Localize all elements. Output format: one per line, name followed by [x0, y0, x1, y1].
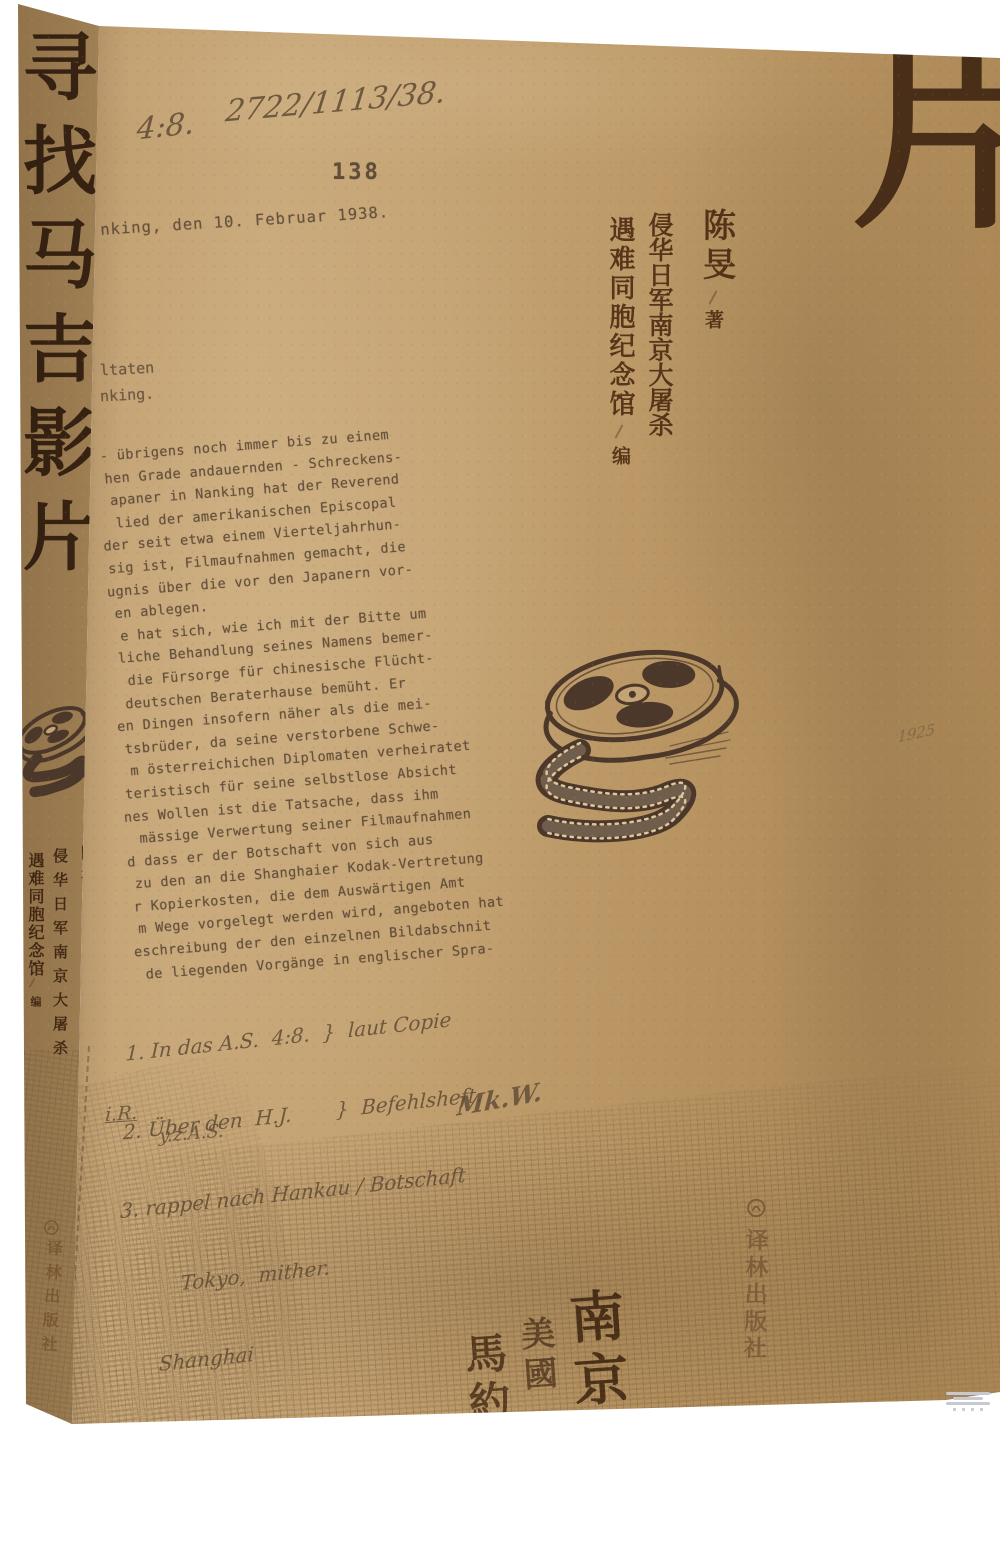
spine-editor-line1: 侵华日军南京大屠杀	[50, 848, 71, 1064]
book-cover-photo: 寻找马吉影片 陈旻 著 侵华日军南京大屠杀 遇难同胞纪念馆 编	[0, 0, 1000, 1430]
letter-fragment: ltaten	[100, 359, 155, 380]
film-reel-illustration	[520, 628, 745, 843]
spine-title: 寻找马吉影片	[16, 28, 92, 592]
annotation-initials: i.R.	[104, 1102, 138, 1126]
watermark-bar	[946, 1402, 990, 1405]
spine-publisher-name: 译林出版社	[36, 1239, 65, 1360]
publisher-logo-icon	[43, 1219, 60, 1236]
page-number-stamp: 138	[332, 160, 381, 185]
handwritten-annotation: 1. In das A.S. 4:8. } laut Copie 2. Über…	[112, 950, 487, 1430]
typewritten-letter-body: - übrigens noch immer bis zu einem hen G…	[96, 418, 508, 987]
watermark-bar	[953, 1397, 984, 1400]
front-cover: 南京 美國 馬約 4:8. 2722/1113/38. 138 nking, d…	[0, 0, 1000, 1430]
watermark-text	[946, 1408, 990, 1411]
slash-mark	[615, 424, 624, 438]
annotation-line: 1. In das A.S. 4:8. } laut Copie	[125, 1003, 485, 1067]
annotation-line: Shanghai	[114, 1318, 474, 1382]
publisher-block: 译林出版社	[737, 1198, 774, 1364]
publisher-name: 译林出版社	[737, 1228, 772, 1364]
handwritten-file-number: 4:8.	[136, 106, 196, 147]
handwritten-ref-number: 2722/1113/38.	[224, 75, 448, 130]
spine-editor-line2: 遇难同胞纪念馆	[24, 852, 47, 978]
letter-dateline: nking, den 10. Februar 1938.	[100, 203, 390, 239]
editor-line1: 侵华日军南京大屠杀	[641, 212, 677, 437]
slash-mark	[709, 290, 718, 304]
publisher-logo-icon	[746, 1198, 766, 1218]
spine-editor-role: 编	[27, 996, 43, 1007]
editor-role: 编	[607, 446, 634, 465]
cover-title: 寻找马吉影片	[834, 28, 1000, 1430]
newsprint-headline-medium: 美國	[509, 1314, 563, 1397]
author-name: 陈旻	[694, 208, 741, 286]
slash-mark	[29, 978, 35, 988]
annotation-line: Tokyo, mither.	[117, 1239, 477, 1303]
newsprint-headline-large: 南京	[552, 1285, 640, 1416]
annotation-line: 3. rappel nach Hankau / Botschaft	[120, 1160, 480, 1224]
photo-watermark	[946, 1390, 990, 1411]
editor-line2: 遇难同胞纪念馆	[602, 216, 639, 419]
watermark-bar	[946, 1392, 990, 1395]
letter-fragment: nking.	[100, 385, 155, 406]
author-role: 著	[700, 310, 727, 329]
